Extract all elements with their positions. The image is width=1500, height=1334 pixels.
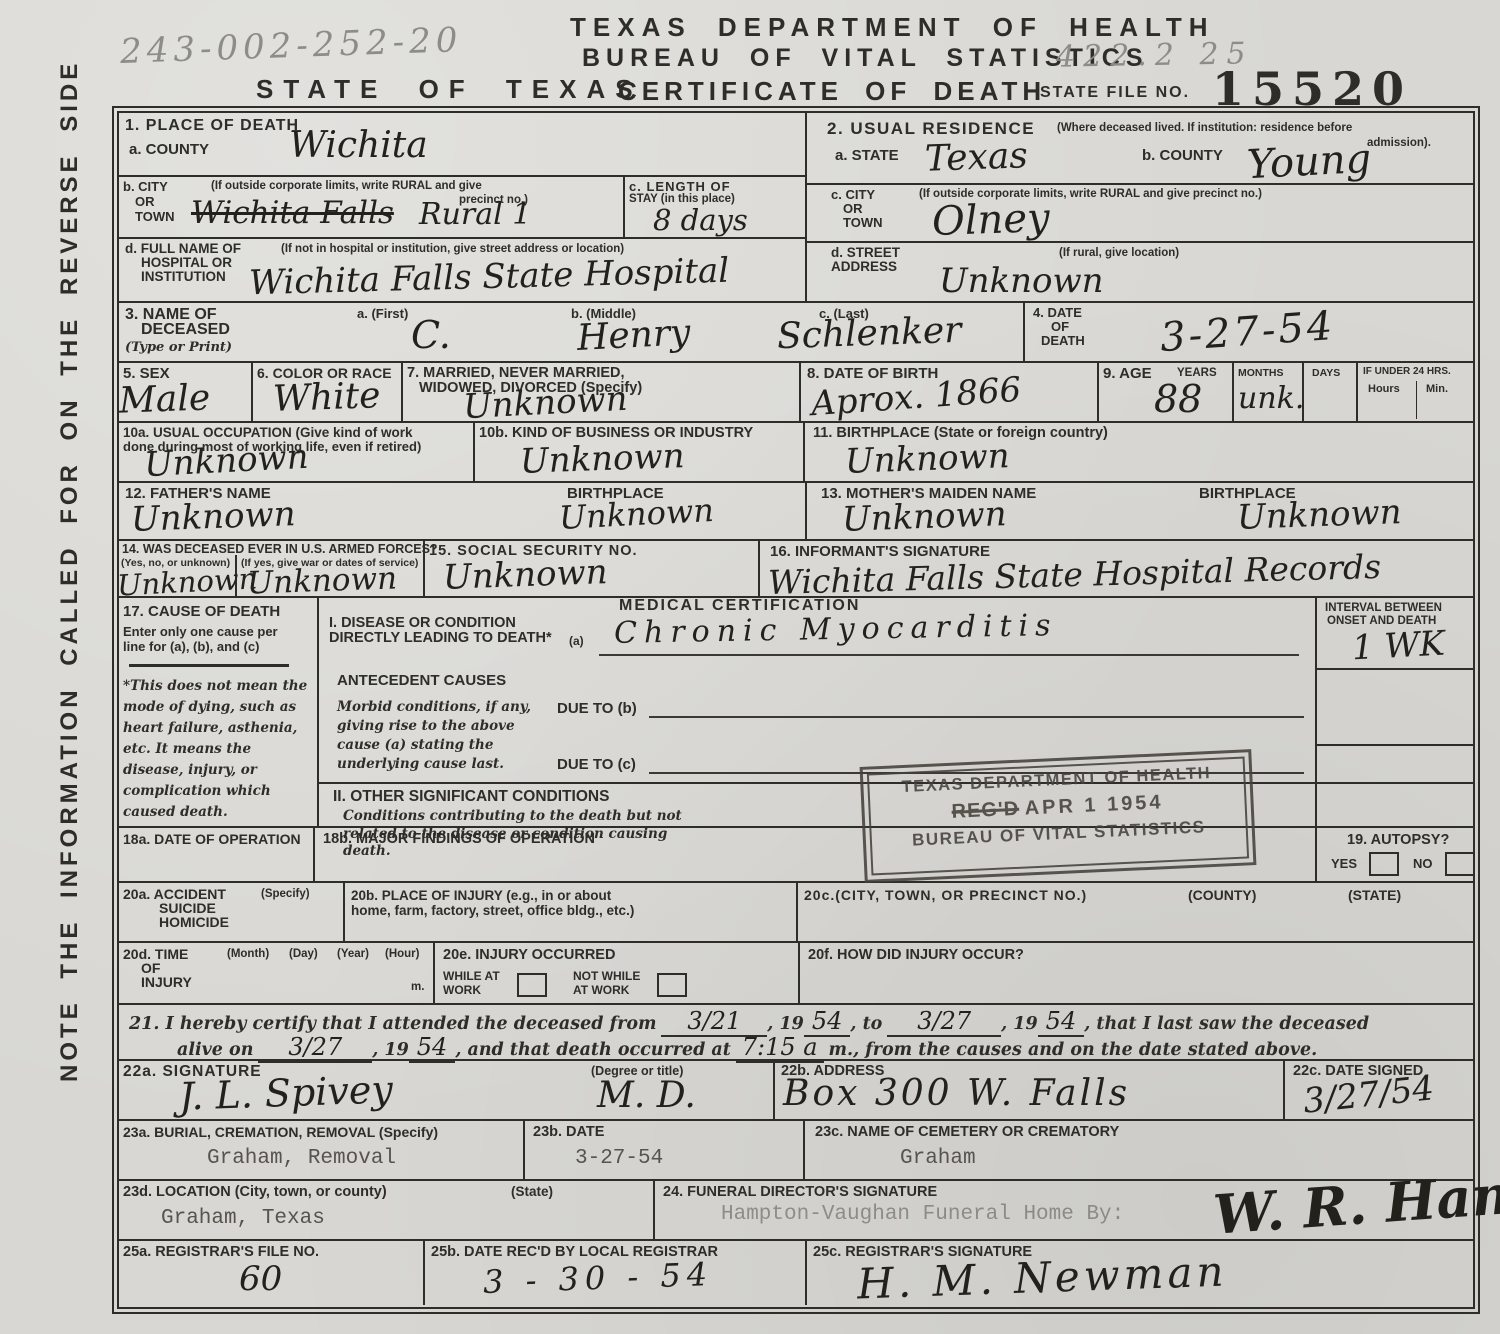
residence-city-town: TOWN bbox=[843, 215, 882, 230]
residence-county-value: Young bbox=[1246, 136, 1372, 188]
injury-county-label: (COUNTY) bbox=[1188, 887, 1256, 903]
date-of-death-cell: 4. DATE OF DEATH 3-27-54 bbox=[1025, 303, 1473, 361]
injury-how-cell: 20f. HOW DID INJURY OCCUR? bbox=[800, 943, 1473, 1003]
received-stamp: TEXAS DEPARTMENT OF HEALTH REG'D APR 1 1… bbox=[860, 749, 1257, 883]
residence-state-county-row: 2. USUAL RESIDENCE (Where deceased lived… bbox=[807, 113, 1473, 185]
injury-year-label: (Year) bbox=[337, 948, 369, 960]
certify-p6: alive on bbox=[177, 1040, 253, 1060]
residence-street-row: d. STREET ADDRESS (If rural, give locati… bbox=[807, 243, 1473, 303]
row-registrar: 25a. REGISTRAR'S FILE NO. 60 25b. DATE R… bbox=[119, 1241, 1473, 1305]
autopsy-yes-checkbox[interactable] bbox=[1369, 852, 1399, 876]
certify-p2: , 19 bbox=[767, 1014, 804, 1034]
injury-m-label: m. bbox=[411, 981, 424, 993]
stay-value: 8 days bbox=[653, 203, 748, 237]
occupation-value: Unknown bbox=[143, 437, 309, 486]
mother-value: Unknown bbox=[841, 494, 1007, 540]
sex-cell: 5. SEX Male bbox=[119, 363, 253, 421]
father-cell: 12. FATHER'S NAME BIRTHPLACE Unknown Unk… bbox=[119, 483, 807, 539]
registrar-file-label: 25a. REGISTRAR'S FILE NO. bbox=[123, 1244, 319, 1260]
age-years-value: 88 bbox=[1154, 377, 1202, 421]
ssn-cell: 15. SOCIAL SECURITY NO. Unknown bbox=[425, 541, 760, 596]
age-months-value: unk. bbox=[1238, 381, 1304, 416]
marital-label1: 7. MARRIED, NEVER MARRIED, bbox=[407, 365, 625, 381]
place-city-struck-value: Wichita Falls bbox=[191, 195, 394, 231]
injury-time-cell: 20d. TIME OF INJURY (Month) (Day) (Year)… bbox=[119, 943, 435, 1003]
injury-occurred-cell: 20e. INJURY OCCURRED WHILE AT WORK NOT W… bbox=[435, 943, 800, 1003]
street-label1: d. STREET bbox=[831, 245, 900, 260]
deceased-title2: DECEASED bbox=[141, 321, 230, 339]
age-hours-label: Hours bbox=[1368, 383, 1400, 395]
section-place-of-death: 1. PLACE OF DEATH a. COUNTY Wichita b. C… bbox=[119, 113, 807, 301]
registrar-signature-cell: 25c. REGISTRAR'S SIGNATURE H. M. Newman bbox=[807, 1241, 1473, 1305]
work-label: WORK bbox=[443, 983, 481, 997]
registrar-file-value: 60 bbox=[239, 1259, 282, 1299]
residence-paren2: admission). bbox=[1367, 137, 1431, 149]
certify-p1: 21. I hereby certify that I attended the… bbox=[129, 1014, 657, 1034]
interval-label1: INTERVAL BETWEEN bbox=[1325, 602, 1442, 614]
certify-p9: m., from the causes and on the date stat… bbox=[828, 1040, 1317, 1060]
physician-address-cell: 22b. ADDRESS Box 300 W. Falls bbox=[775, 1061, 1285, 1119]
accident-cell: 20a. ACCIDENT SUICIDE HOMICIDE (Specify) bbox=[119, 883, 345, 941]
due-to-b-label: DUE TO (b) bbox=[557, 700, 637, 717]
row-occupation: 10a. USUAL OCCUPATION (Give kind of work… bbox=[119, 423, 1473, 483]
row-parents: 12. FATHER'S NAME BIRTHPLACE Unknown Unk… bbox=[119, 483, 1473, 541]
place-hospital-row: d. FULL NAME OF HOSPITAL OR INSTITUTION … bbox=[119, 239, 805, 303]
cause-star-note: *This does not mean the mode of dying, s… bbox=[123, 676, 311, 822]
operation-date-label: 18a. DATE OF OPERATION bbox=[123, 831, 301, 847]
cause-note1: Enter only one cause per bbox=[123, 624, 278, 639]
cemetery-cell: 23c. NAME OF CEMETERY OR CREMATORY Graha… bbox=[805, 1121, 1473, 1179]
certify-p5: , that I last saw the deceased bbox=[1084, 1014, 1369, 1034]
disease-a-label: (a) bbox=[569, 634, 584, 648]
residence-county-label: b. COUNTY bbox=[1142, 147, 1223, 164]
at-work-label: AT WORK bbox=[573, 983, 629, 997]
death-date-label3: DEATH bbox=[1041, 333, 1085, 348]
burial-date-cell: 23b. DATE 3-27-54 bbox=[525, 1121, 805, 1179]
death-certificate-scan: NOTE THE INFORMATION CALLED FOR ON THE R… bbox=[0, 0, 1500, 1334]
race-cell: 6. COLOR OR RACE White bbox=[253, 363, 403, 421]
occupation-cell: 10a. USUAL OCCUPATION (Give kind of work… bbox=[119, 423, 475, 481]
certify-line2: alive on 3/27, 1954, and that death occu… bbox=[177, 1033, 1317, 1061]
cemetery-label: 23c. NAME OF CEMETERY OR CREMATORY bbox=[815, 1124, 1119, 1140]
physician-address-value: Box 300 W. Falls bbox=[783, 1073, 1130, 1114]
armed-forces-value2: Unknown bbox=[246, 560, 397, 601]
burial-value: Graham, Removal bbox=[207, 1147, 396, 1170]
certify-alive-value: 3/27 bbox=[258, 1033, 372, 1063]
interval-line1 bbox=[1317, 668, 1473, 670]
burial-date-label: 23b. DATE bbox=[533, 1124, 604, 1140]
injury-city-cell: 20c.(CITY, TOWN, OR PRECINCT NO.) (COUNT… bbox=[798, 883, 1473, 941]
age-months-cell: MONTHS unk. bbox=[1234, 363, 1304, 421]
deceased-name-cell: 3. NAME OF DECEASED (Type or Print) a. (… bbox=[119, 303, 1025, 361]
due-to-c-label: DUE TO (c) bbox=[557, 756, 636, 773]
accident-label3: HOMICIDE bbox=[159, 914, 229, 930]
first-name-value: C. bbox=[411, 313, 451, 357]
certify-year3-value: 54 bbox=[409, 1033, 456, 1063]
certify-line1: 21. I hereby certify that I attended the… bbox=[129, 1007, 1369, 1035]
race-value: White bbox=[272, 375, 381, 420]
injury-day-label: (Day) bbox=[289, 948, 318, 960]
disease-label1: I. DISEASE OR CONDITION bbox=[329, 615, 516, 631]
injury-city-label: 20c.(CITY, TOWN, OR PRECINCT NO.) bbox=[804, 887, 1087, 903]
residence-state-value: Texas bbox=[924, 135, 1028, 180]
row-forces-ssn-informant: 14. WAS DECEASED EVER IN U.S. ARMED FORC… bbox=[119, 541, 1473, 598]
interval-line2 bbox=[1317, 744, 1473, 746]
mother-birthplace-value: Unknown bbox=[1236, 492, 1402, 538]
not-while-at-work-checkbox[interactable] bbox=[657, 973, 687, 997]
residence-city-or: OR bbox=[843, 201, 863, 216]
hospital-label2: HOSPITAL OR bbox=[141, 255, 232, 270]
cause-title: 17. CAUSE OF DEATH bbox=[123, 603, 280, 620]
burial-location-state-label: (State) bbox=[511, 1184, 553, 1199]
place-city-label-or: OR bbox=[135, 194, 155, 209]
interval-cell: INTERVAL BETWEEN ONSET AND DEATH 1 WK bbox=[1317, 598, 1473, 826]
marital-cell: 7. MARRIED, NEVER MARRIED, WIDOWED, DIVO… bbox=[403, 363, 801, 421]
operation-findings-label: 18b. MAJOR FINDINGS OF OPERATION bbox=[323, 831, 595, 847]
burial-location-cell: 23d. LOCATION (City, town, or county) (S… bbox=[119, 1181, 655, 1239]
interval-value: 1 WK bbox=[1351, 624, 1446, 669]
age-label: 9. AGE bbox=[1103, 365, 1152, 382]
certificate-form: 1. PLACE OF DEATH a. COUNTY Wichita b. C… bbox=[112, 106, 1480, 1314]
death-date-label1: 4. DATE bbox=[1033, 305, 1082, 320]
injury-month-label: (Month) bbox=[227, 948, 269, 960]
state-file-no-label: STATE FILE NO. bbox=[1040, 84, 1190, 102]
armed-forces-label: 14. WAS DECEASED EVER IN U.S. ARMED FORC… bbox=[122, 542, 438, 556]
morbid-note: Morbid conditions, if any, giving rise t… bbox=[337, 698, 547, 774]
hospital-label1: d. FULL NAME OF bbox=[125, 241, 241, 256]
antecedent-label: ANTECEDENT CAUSES bbox=[337, 672, 506, 689]
place-title: 1. PLACE OF DEATH bbox=[125, 117, 299, 135]
certify-p7: , 19 bbox=[372, 1040, 409, 1060]
first-name-label: a. (First) bbox=[357, 306, 408, 321]
autopsy-no-label: NO bbox=[1413, 856, 1433, 871]
birthplace-cell: 11. BIRTHPLACE (State or foreign country… bbox=[805, 423, 1473, 481]
burial-label: 23a. BURIAL, CREMATION, REMOVAL (Specify… bbox=[123, 1124, 438, 1140]
not-while-label: NOT WHILE bbox=[573, 969, 640, 983]
cemetery-value: Graham bbox=[900, 1147, 976, 1170]
row-medical-certification: 17. CAUSE OF DEATH Enter only one cause … bbox=[119, 598, 1473, 828]
cause-divider bbox=[129, 664, 289, 667]
age-months-label: MONTHS bbox=[1238, 367, 1284, 379]
certify-p3: , to bbox=[850, 1014, 882, 1034]
place-city-row: b. CITY OR TOWN (If outside corporate li… bbox=[119, 177, 805, 239]
street-value: Unknown bbox=[939, 261, 1104, 301]
funeral-director-cell: 24. FUNERAL DIRECTOR'S SIGNATURE Hampton… bbox=[655, 1181, 1473, 1239]
injury-how-label: 20f. HOW DID INJURY OCCUR? bbox=[808, 947, 1024, 963]
street-paren: (If rural, give location) bbox=[1059, 247, 1179, 259]
operation-date-cell: 18a. DATE OF OPERATION bbox=[119, 828, 315, 881]
ssn-value: Unknown bbox=[442, 552, 608, 598]
date-signed-cell: 22c. DATE SIGNED 3/27/54 bbox=[1285, 1061, 1473, 1119]
row-physician: 22a. SIGNATURE (Degree or title) J. L. S… bbox=[119, 1061, 1473, 1121]
age-days-cell: DAYS bbox=[1304, 363, 1358, 421]
marital-value: Unknown bbox=[462, 379, 628, 428]
place-city-label-town: TOWN bbox=[135, 209, 174, 224]
certify-p8: , and that death occurred at bbox=[455, 1040, 731, 1060]
age-years-cell: 9. AGE YEARS 88 bbox=[1099, 363, 1234, 421]
autopsy-cell: 19. AUTOPSY? YES NO bbox=[1317, 828, 1473, 881]
row-funeral: 23d. LOCATION (City, town, or county) (S… bbox=[119, 1181, 1473, 1241]
while-at-label: WHILE AT bbox=[443, 969, 500, 983]
birth-date-cell: 8. DATE OF BIRTH Aprox. 1866 bbox=[801, 363, 1099, 421]
residence-city-row: c. CITY OR TOWN (If outside corporate li… bbox=[807, 185, 1473, 243]
place-city-label: b. CITY bbox=[123, 179, 168, 194]
residence-paren1: (Where deceased lived. If institution: r… bbox=[1057, 122, 1352, 134]
age-under24-label: IF UNDER 24 HRS. bbox=[1363, 366, 1451, 377]
header-state-of-texas: STATE OF TEXAS bbox=[256, 74, 643, 105]
autopsy-yes-label: YES bbox=[1331, 856, 1357, 871]
funeral-director-label: 24. FUNERAL DIRECTOR'S SIGNATURE bbox=[663, 1184, 937, 1200]
registrar-date-cell: 25b. DATE REC'D BY LOCAL REGISTRAR 3 - 3… bbox=[425, 1241, 807, 1305]
deceased-title3: (Type or Print) bbox=[125, 340, 232, 355]
registrar-file-cell: 25a. REGISTRAR'S FILE NO. 60 bbox=[119, 1241, 425, 1305]
row-place-residence: 1. PLACE OF DEATH a. COUNTY Wichita b. C… bbox=[119, 113, 1473, 303]
age-days-label: DAYS bbox=[1312, 367, 1340, 379]
injury-place-cell: 20b. PLACE OF INJURY (e.g., in or about … bbox=[345, 883, 798, 941]
place-county-value: Wichita bbox=[289, 125, 428, 166]
armed-forces-value1: Unknown bbox=[116, 561, 258, 602]
row-sex-race-age: 5. SEX Male 6. COLOR OR RACE White 7. MA… bbox=[119, 363, 1473, 423]
death-date-label2: OF bbox=[1051, 319, 1069, 334]
row-injury-time: 20d. TIME OF INJURY (Month) (Day) (Year)… bbox=[119, 943, 1473, 1005]
autopsy-label: 19. AUTOPSY? bbox=[1347, 832, 1449, 848]
hours-min-divider bbox=[1416, 381, 1417, 419]
accident-specify-label: (Specify) bbox=[261, 888, 310, 900]
hospital-paren: (If not in hospital or institution, give… bbox=[281, 243, 624, 255]
degree-value: M. D. bbox=[597, 1075, 696, 1116]
mother-cell: 13. MOTHER'S MAIDEN NAME BIRTHPLACE Unkn… bbox=[807, 483, 1473, 539]
armed-forces-cell: 14. WAS DECEASED EVER IN U.S. ARMED FORC… bbox=[119, 541, 425, 596]
hospital-value: Wichita Falls State Hospital bbox=[249, 251, 730, 304]
pencil-number-left: 243-002-252-20 bbox=[119, 20, 463, 72]
stay-label1: c. LENGTH OF bbox=[629, 179, 731, 194]
certify-time-value: 7:15 a bbox=[736, 1033, 824, 1063]
length-of-stay-cell: c. LENGTH OF STAY (in this place) 8 days bbox=[625, 177, 805, 237]
industry-value: Unknown bbox=[519, 436, 685, 482]
burial-cell: 23a. BURIAL, CREMATION, REMOVAL (Specify… bbox=[119, 1121, 525, 1179]
hospital-label3: INSTITUTION bbox=[141, 269, 226, 284]
row-name-deathdate: 3. NAME OF DECEASED (Type or Print) a. (… bbox=[119, 303, 1473, 363]
registrar-date-value: 3 - 30 - 54 bbox=[482, 1255, 713, 1301]
stamp-regd: REG'D bbox=[951, 798, 1019, 823]
injury-time-label3: INJURY bbox=[141, 974, 192, 990]
place-city-value: Rural 1 bbox=[419, 197, 531, 232]
last-name-value: Schlenker bbox=[776, 310, 962, 357]
disease-label2: DIRECTLY LEADING TO DEATH* bbox=[329, 630, 552, 646]
interval-line3 bbox=[1317, 782, 1473, 784]
row-certify: 21. I hereby certify that I attended the… bbox=[119, 1005, 1473, 1061]
physician-signature-value: J. L. Spivey bbox=[178, 1067, 393, 1118]
informant-cell: 16. INFORMANT'S SIGNATURE Wichita Falls … bbox=[760, 541, 1473, 596]
certificate-title: CERTIFICATE OF DEATH bbox=[618, 76, 1046, 107]
row-burial: 23a. BURIAL, CREMATION, REMOVAL (Specify… bbox=[119, 1121, 1473, 1181]
death-date-value: 3-27-54 bbox=[1159, 303, 1337, 361]
street-label2: ADDRESS bbox=[831, 259, 897, 274]
row-operation: 18a. DATE OF OPERATION 18b. MAJOR FINDIN… bbox=[119, 828, 1473, 883]
cause-of-death-cell: 17. CAUSE OF DEATH Enter only one cause … bbox=[119, 598, 319, 826]
margin-note: NOTE THE INFORMATION CALLED FOR ON THE R… bbox=[56, 282, 84, 1082]
residence-city-label: c. CITY bbox=[831, 187, 875, 202]
autopsy-no-checkbox[interactable] bbox=[1445, 852, 1475, 876]
birthplace-value: Unknown bbox=[844, 436, 1010, 482]
residence-city-value: Olney bbox=[931, 195, 1050, 245]
father-value: Unknown bbox=[130, 494, 296, 540]
section-usual-residence: 2. USUAL RESIDENCE (Where deceased lived… bbox=[807, 113, 1473, 301]
physician-signature-cell: 22a. SIGNATURE (Degree or title) J. L. S… bbox=[119, 1061, 775, 1119]
age-under24-cell: IF UNDER 24 HRS. Hours Min. bbox=[1358, 363, 1473, 421]
place-county-row: 1. PLACE OF DEATH a. COUNTY Wichita bbox=[119, 113, 805, 177]
burial-location-value: Graham, Texas bbox=[161, 1207, 325, 1230]
age-min-label: Min. bbox=[1426, 383, 1448, 395]
certify-p4: , 19 bbox=[1001, 1014, 1038, 1034]
cause-note2: line for (a), (b), and (c) bbox=[123, 639, 260, 654]
injury-place-label2: home, farm, factory, street, office bldg… bbox=[351, 903, 634, 918]
middle-name-value: Henry bbox=[576, 312, 691, 359]
place-county-label: a. COUNTY bbox=[129, 141, 209, 158]
residence-state-label: a. STATE bbox=[835, 147, 899, 164]
other-significant-label: II. OTHER SIGNIFICANT CONDITIONS bbox=[333, 788, 609, 806]
injury-state-label: (STATE) bbox=[1348, 887, 1401, 903]
industry-cell: 10b. KIND OF BUSINESS OR INDUSTRY Unknow… bbox=[475, 423, 805, 481]
father-birthplace-value: Unknown bbox=[558, 491, 715, 537]
injury-hour-label: (Hour) bbox=[385, 948, 420, 960]
while-at-work-checkbox[interactable] bbox=[517, 973, 547, 997]
burial-location-label: 23d. LOCATION (City, town, or county) bbox=[123, 1184, 387, 1200]
place-city-paren1: (If outside corporate limits, write RURA… bbox=[211, 180, 482, 192]
due-to-b-underline bbox=[649, 692, 1304, 718]
injury-occurred-label: 20e. INJURY OCCURRED bbox=[443, 947, 615, 963]
sex-value: Male bbox=[118, 377, 211, 421]
row-accident: 20a. ACCIDENT SUICIDE HOMICIDE (Specify)… bbox=[119, 883, 1473, 943]
burial-date-value: 3-27-54 bbox=[575, 1147, 663, 1170]
place-city-cell: b. CITY OR TOWN (If outside corporate li… bbox=[119, 177, 625, 237]
injury-place-label1: 20b. PLACE OF INJURY (e.g., in or about bbox=[351, 888, 611, 903]
funeral-home-typed: Hampton-Vaughan Funeral Home By: bbox=[721, 1203, 1124, 1226]
